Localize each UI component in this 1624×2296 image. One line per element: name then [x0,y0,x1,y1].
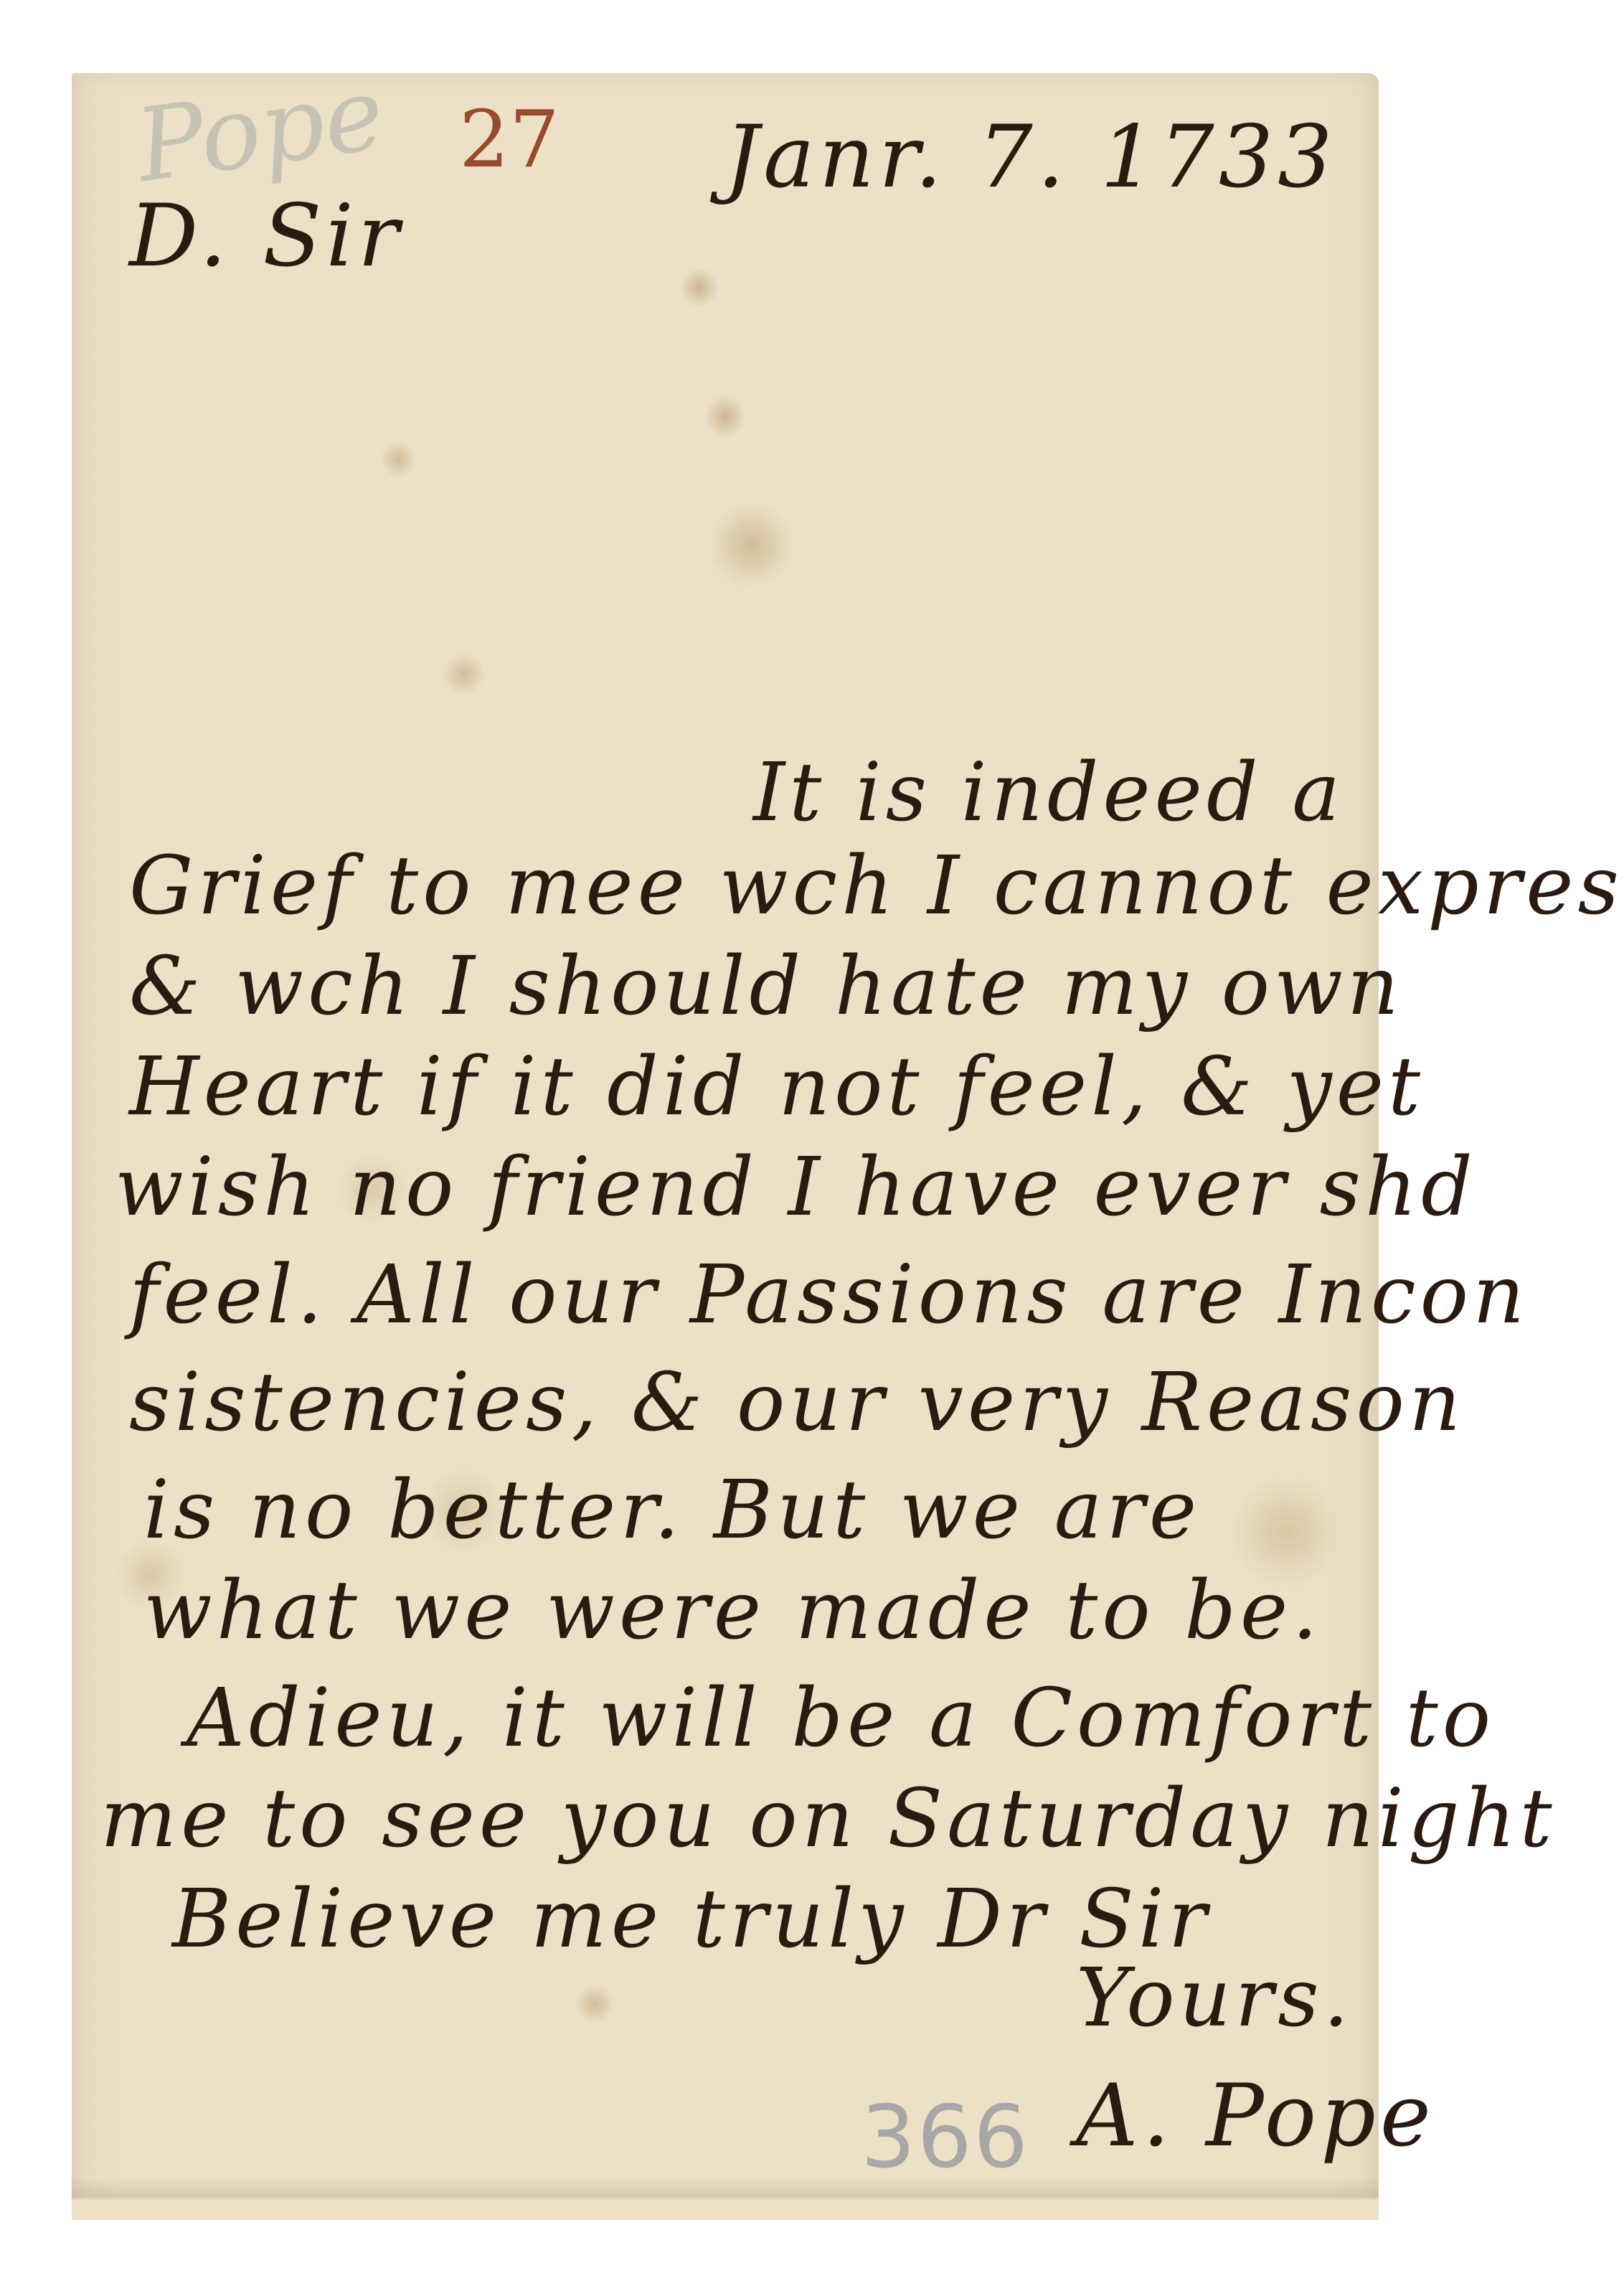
body-line: Grief to mee wch I cannot express, [129,839,1624,933]
archive-number: 366 [861,2088,1029,2188]
torn-bottom-edge [72,2177,1379,2220]
body-line: feel. All our Passions are Incon [129,1248,1529,1342]
body-line: me to see you on Saturday night [100,1772,1557,1865]
signature: A. Pope [1076,2066,1435,2166]
body-line: It is indeed a [753,746,1344,839]
letter-closing: Yours. [1076,1952,1353,2045]
body-line: Adieu, it will be a Comfort to [187,1672,1495,1765]
body-line: Heart if it did not feel, & yet [129,1040,1425,1134]
body-line: what we were made to be. [143,1564,1322,1657]
folio-number: 27 [459,93,560,185]
body-line: Believe me truly Dr Sir [172,1873,1211,1966]
body-line: sistencies, & our very Reason [129,1356,1465,1449]
body-line: wish no friend I have ever shd [115,1141,1477,1234]
letter-salutation: D. Sir [129,187,403,286]
body-line: is no better. But we are [143,1464,1201,1557]
letter-date: Janr. 7. 1733 [724,108,1336,207]
body-line: & wch I should hate my own [129,940,1403,1033]
